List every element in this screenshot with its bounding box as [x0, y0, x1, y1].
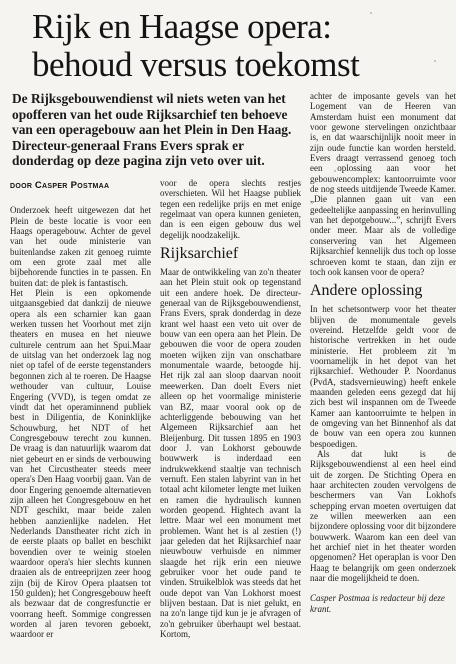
article-body: De Rijksgebouwendienst wil niets weten v… [10, 91, 448, 663]
subheading-rijksarchief: Rijksarchief [160, 245, 301, 263]
text-columns: DOOR Casper Postmaa Onderzoek heeft uitg… [10, 178, 302, 656]
column3-paragraph-3: Als dat lukt is de Rijksgebouwendienst a… [310, 449, 456, 583]
headline-line-2: behoud versus toekomst [32, 46, 448, 84]
scan-speck [434, 60, 436, 62]
scan-speck [334, 170, 336, 172]
column2-paragraph-2: Maar de ontwikkeling van zo'n theater aa… [160, 267, 301, 639]
article-headline: Rijk en Haagse opera: behoud versus toek… [10, 8, 448, 84]
newspaper-article-page: Rijk en Haagse opera: behoud versus toek… [0, 0, 456, 664]
author-footnote: Casper Postmaa is redacteur bij deze kra… [310, 593, 456, 614]
column2-paragraph-1: voor de opera slechts restjes overschiet… [160, 178, 301, 240]
byline: DOOR Casper Postmaa [10, 180, 151, 192]
column3-paragraph-1: achter de imposante gevels van het Logem… [310, 91, 456, 277]
column-2: voor de opera slechts restjes overschiet… [160, 178, 301, 656]
column1-paragraph-1: Onderzoek heeft uitgewezen dat het Plein… [10, 205, 151, 288]
column-3: achter de imposante gevels van het Logem… [310, 91, 456, 663]
scan-speck [370, 12, 372, 14]
left-section: De Rijksgebouwendienst wil niets weten v… [10, 91, 302, 663]
byline-author: Casper Postmaa [35, 180, 110, 191]
article-intro: De Rijksgebouwendienst wil niets weten v… [12, 91, 302, 169]
column-1: DOOR Casper Postmaa Onderzoek heeft uitg… [10, 178, 151, 656]
byline-prefix: DOOR [10, 183, 32, 190]
subheading-andere-oplossing: Andere oplossing [310, 282, 456, 300]
column3-paragraph-2: In het schetsontwerp voor het theater bl… [310, 304, 456, 449]
headline-line-1: Rijk en Haagse opera: [32, 8, 448, 46]
column1-paragraph-2: Het Plein is een opkomende uitgaansgebie… [10, 288, 151, 640]
